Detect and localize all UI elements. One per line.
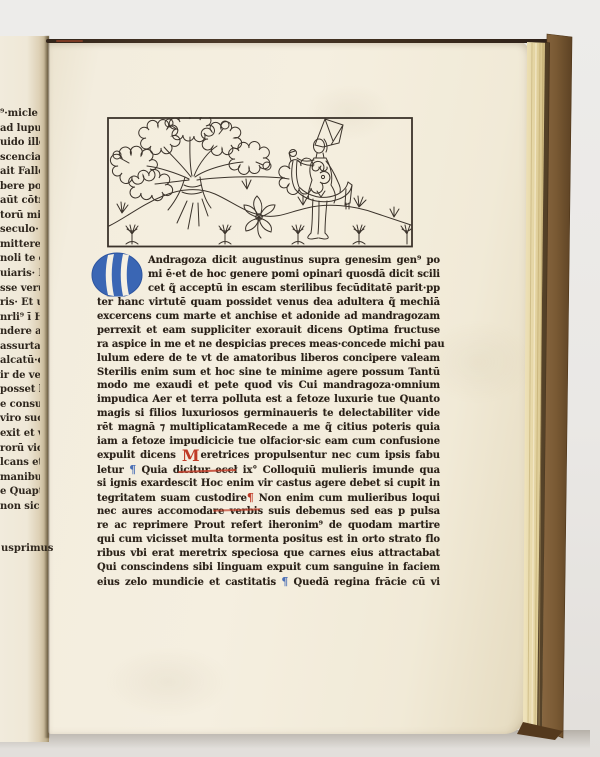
text-segment: excercens cum marte et anchise et adonid… bbox=[97, 311, 440, 322]
left-fragment-line: bere potist bbox=[0, 180, 40, 195]
text-line: excercens cum marte et anchise et adonid… bbox=[97, 310, 440, 324]
left-fragment-line: nrli⁹ ī Hed bbox=[0, 311, 40, 326]
text-line: tegritatem suam custodire¶ Non enim cum … bbox=[97, 491, 440, 505]
left-fragment-text: manibus pe bbox=[0, 471, 40, 486]
book-top-edge bbox=[46, 39, 552, 43]
text-line: perrexit et eam suppliciter exorauit dic… bbox=[97, 324, 440, 338]
left-fragment-line: scencia se bbox=[0, 151, 40, 166]
text-segment: letur bbox=[97, 465, 129, 476]
left-fragment-text: e consum bbox=[0, 398, 40, 413]
left-fragment-text: nrli⁹ ī Hed bbox=[0, 311, 40, 326]
headdress bbox=[315, 119, 343, 147]
left-fragment-text: noli te obli bbox=[0, 252, 40, 267]
left-fragment-line: ir de verbis bbox=[0, 369, 40, 384]
book-shadow bbox=[0, 730, 590, 757]
text-line: Sterilis enim sum et hoc sine te minime … bbox=[97, 366, 440, 380]
left-fragment-line: sse verū di bbox=[0, 282, 40, 297]
text-line: ra aspice in me et ne despicias preces m… bbox=[97, 338, 440, 352]
text-segment: mi ē·et de hoc genere pomi opinari quosd… bbox=[148, 269, 440, 280]
text-segment: tegritatem suam custodire bbox=[97, 493, 247, 504]
text-segment: expulit dicens bbox=[97, 450, 181, 461]
text-segment: impudica Aer et terra polluta est a feto… bbox=[97, 394, 440, 405]
left-fragment-text: assurta lici bbox=[0, 340, 40, 355]
text-segment: Non enim cum mulieribus loqui bbox=[254, 493, 440, 504]
left-fragment-line: manibus pe bbox=[0, 471, 40, 486]
text-segment: magis si filios luxuriosos germinaueris … bbox=[97, 408, 440, 419]
left-fragment-text: ir de verbis bbox=[0, 369, 40, 384]
left-fragment-text: uido illo; bbox=[0, 136, 40, 151]
left-fragment-line: e consum bbox=[0, 398, 40, 413]
left-fragment-line: viro suo rū bbox=[0, 412, 40, 427]
left-fragment-line: ndere ac p bbox=[0, 325, 40, 340]
left-fragment-line: ⁹·micle ī bbox=[0, 107, 40, 122]
fore-edge-and-cover bbox=[505, 0, 600, 757]
text-segment: eius zelo mundicie et castitatis bbox=[97, 577, 281, 588]
text-segment: cet q̃ acceptū in escam sterilibus fecūd… bbox=[148, 283, 440, 294]
left-fragment-text: torū misr bbox=[0, 209, 40, 224]
text-segment: nec aures accomodare verbis suis debemus… bbox=[97, 506, 440, 517]
left-fragment-line: rorū vicinis bbox=[0, 442, 40, 457]
text-segment: eretrices propulsentur nec cum ipsis fab… bbox=[200, 450, 440, 461]
text-line: rēt magnā ⁊ multiplicatamRecede a me q̃ … bbox=[97, 421, 440, 435]
text-line: si ignis exardescit Hoc enim vir castus … bbox=[97, 477, 440, 491]
left-fragment-text: ⁹·micle ī bbox=[0, 107, 40, 122]
left-fragment-line: non sic quasi bbox=[0, 500, 40, 515]
left-fragment-text: lcans et sus bbox=[0, 456, 40, 471]
book-photo: Andragoza dicit augustinus supra genesim… bbox=[0, 0, 600, 757]
left-fragment-text: mittere de bbox=[0, 238, 40, 253]
left-fragment-text: e Quapter bbox=[0, 485, 40, 500]
text-line: qui cum vicisset multa tormenta positus … bbox=[97, 533, 440, 547]
left-fragment-text: aūt cōtra bbox=[0, 194, 40, 209]
text-line: cet q̃ acceptū in escam sterilibus fecūd… bbox=[97, 282, 440, 296]
goblet-tufts bbox=[126, 225, 411, 244]
text-line: ribus vbi erat meretrix speciosa que car… bbox=[97, 547, 440, 561]
left-fragment-line: exit et ver bbox=[0, 427, 40, 442]
left-fragment-text: rorū vicinis bbox=[0, 442, 40, 457]
text-block: Andragoza dicit augustinus supra genesim… bbox=[97, 254, 440, 589]
text-segment: Sterilis enim sum et hoc sine te minime … bbox=[97, 367, 440, 378]
left-fragment-line: ris· Et ut bbox=[0, 296, 40, 311]
left-fragment-text: bere potist bbox=[0, 180, 40, 195]
catchword: usprimus bbox=[1, 542, 59, 558]
left-fragment-text: posset loqui bbox=[0, 383, 40, 398]
text-line: re ac reprimere Prout refert iheronim⁹ d… bbox=[97, 519, 440, 533]
left-fragment-line: e Quapter bbox=[0, 485, 40, 500]
venus-figure bbox=[289, 119, 352, 239]
text-line: modo me exaudi et pete quod vis Cui mand… bbox=[97, 379, 440, 393]
left-fragment-line: torū misr bbox=[0, 209, 40, 224]
left-fragment-text: sse verū di bbox=[0, 282, 40, 297]
text-segment: rēt magnā ⁊ multiplicatamRecede a me q̃ … bbox=[97, 422, 440, 433]
text-line: ter hanc virtutē quam possidet venus dea… bbox=[97, 296, 440, 310]
left-fragment-text: alcatū·et p̃ bbox=[0, 354, 40, 369]
text-segment: perrexit et eam suppliciter exorauit dic… bbox=[97, 325, 440, 336]
left-fragment-text: ait Falle bbox=[0, 165, 40, 180]
flower bbox=[244, 196, 275, 238]
left-fragment-text: seculo· et bbox=[0, 223, 40, 238]
left-fragment-text: uiaris· Pro bbox=[0, 267, 40, 282]
text-segment: si ignis exardescit Hoc enim vir castus … bbox=[97, 478, 440, 489]
text-line: impudica Aer et terra polluta est a feto… bbox=[97, 393, 440, 407]
book-top-edge-red bbox=[56, 40, 83, 42]
text-segment: Quedā regina frācie cū vi bbox=[288, 577, 440, 588]
left-fragment-text: non sic quasi bbox=[0, 500, 40, 515]
left-fragment-line: seculo· et bbox=[0, 223, 40, 238]
left-fragment-line: lcans et sus bbox=[0, 456, 40, 471]
text-segment: lulum edere de te vt de amatoribus liber… bbox=[97, 353, 440, 364]
text-line: magis si filios luxuriosos germinaueris … bbox=[97, 407, 440, 421]
text-segment: re ac reprimere Prout refert iheronim⁹ d… bbox=[97, 520, 440, 531]
text-line: Qui conscindens sibi linguam expuit cum … bbox=[97, 561, 440, 575]
left-fragment-text: scencia se bbox=[0, 151, 40, 166]
text-line: Andragoza dicit augustinus supra genesim… bbox=[97, 254, 440, 268]
text-segment: modo me exaudi et pete quod vis Cui mand… bbox=[97, 380, 440, 391]
text-line: mi ē·et de hoc genere pomi opinari quosd… bbox=[97, 268, 440, 282]
woodcut-illustration bbox=[107, 117, 413, 248]
gutter-crease bbox=[44, 36, 49, 738]
text-segment: Qui conscindens sibi linguam expuit cum … bbox=[97, 562, 440, 573]
left-fragment-line: uido illo; bbox=[0, 136, 40, 151]
text-line: eius zelo mundicie et castitatis ¶ Quedā… bbox=[97, 575, 440, 589]
woodcut-frame bbox=[108, 118, 412, 247]
text-segment: ribus vbi erat meretrix speciosa que car… bbox=[97, 548, 440, 559]
left-fragment-line: ait Falle bbox=[0, 165, 40, 180]
text-line: nec aures accomodare verbis suis debemus… bbox=[97, 505, 440, 519]
left-fragment-line: uiaris· Pro bbox=[0, 267, 40, 282]
left-fragment-text: ndere ac p bbox=[0, 325, 40, 340]
left-fragment-line: noli te obli bbox=[0, 252, 40, 267]
left-fragment-text: ris· Et ut bbox=[0, 296, 40, 311]
text-segment: qui cum vicisset multa tormenta positus … bbox=[97, 534, 440, 545]
left-fragment-line: mittere de bbox=[0, 238, 40, 253]
left-fragment-line: aūt cōtra bbox=[0, 194, 40, 209]
left-fragment-line: posset loqui bbox=[0, 383, 40, 398]
left-fragment-text: viro suo rū bbox=[0, 412, 40, 427]
text-line: expulit dicens Meretrices propulsentur n… bbox=[97, 449, 440, 463]
text-segment: iam a fetoze impudicicie tue olfacior·si… bbox=[97, 436, 440, 447]
text-line: iam a fetoze impudicicie tue olfacior·si… bbox=[97, 435, 440, 449]
text-segment: ter hanc virtutē quam possidet venus dea… bbox=[97, 297, 440, 308]
text-segment: Andragoza dicit augustinus supra genesim… bbox=[148, 255, 440, 266]
text-line: letur ¶ Quia dicitur eccł ix° Colloquiū … bbox=[97, 463, 440, 477]
left-fragment-text: exit et ver bbox=[0, 427, 40, 442]
left-fragment-line: alcatū·et p̃ bbox=[0, 354, 40, 369]
text-segment: ra aspice in me et ne despicias preces m… bbox=[97, 339, 445, 350]
red-pilcrow-icon: ¶ bbox=[247, 491, 254, 504]
left-fragment-line: ad lupum bbox=[0, 122, 40, 137]
left-fragment-text: ad lupum bbox=[0, 122, 40, 137]
left-page-fragments: ⁹·micle īad lupumuido illo;scencia seait… bbox=[0, 107, 40, 514]
text-line: lulum edere de te vt de amatoribus liber… bbox=[97, 352, 440, 366]
left-fragment-line: assurta lici bbox=[0, 340, 40, 355]
